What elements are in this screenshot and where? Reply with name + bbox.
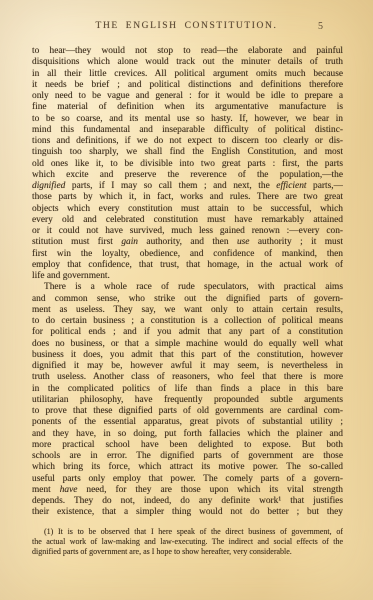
text-line: business it does, you admit that this pa… [32, 350, 343, 361]
text-line: more practical school have been delighte… [32, 440, 343, 451]
text-line: ponents of the essential apparatus, grea… [32, 417, 343, 428]
text-line: dignified it may be, however awful it ma… [32, 361, 343, 372]
text-line: which bring its force, which attract its… [32, 462, 343, 473]
text-line: to do certain business ; a constitution … [32, 316, 343, 327]
text-line: dignified parts of government are, as I … [32, 547, 343, 557]
text-line: depends. They do not, indeed, do any def… [32, 496, 343, 507]
text-line: their existence, that a simpler thing wo… [32, 507, 343, 518]
text-line: ment have need, for they are those upon … [32, 485, 343, 496]
text-line: in the complicated politics of life than… [32, 384, 343, 395]
text-line: to be so coarse, and its mental use so h… [32, 114, 343, 125]
text-line: and common sense, who strike out the dig… [32, 294, 343, 305]
text-line: ment as useless. They say, we want only … [32, 305, 343, 316]
text-line: utilitarian philosophy, have frequently … [32, 395, 343, 406]
body-text: to hear—they would not stop to read—the … [32, 46, 343, 519]
paragraph: (1) It is to be observed that I here spe… [32, 527, 343, 558]
text-line: dignified parts, if I may so call them ;… [32, 181, 343, 192]
text-line: or it could not have survived, much less… [32, 226, 343, 237]
running-head: THE ENGLISH CONSTITUTION. 5 [0, 0, 373, 34]
text-line: only need to be vague and general : for … [32, 91, 343, 102]
paragraph: There is a whole race of rude speculator… [32, 282, 343, 518]
text-line: the actual work of law-making and law-ex… [32, 537, 343, 547]
text-line: mind this fundamental and inseparable di… [32, 125, 343, 136]
text-line: to prove that these dignified parts of o… [32, 406, 343, 417]
text-line: tinguish too sharply, we shall find the … [32, 147, 343, 158]
book-page: THE ENGLISH CONSTITUTION. 5 to hear—they… [0, 0, 373, 600]
text-line: There is a whole race of rude speculator… [32, 282, 343, 293]
text-line: truth useless. Another class of reasoner… [32, 372, 343, 383]
page-number: 5 [318, 21, 323, 32]
text-line: tions and definitions, if we do not expe… [32, 136, 343, 147]
text-line: to hear—they would not stop to read—the … [32, 46, 343, 57]
text-line: which excite and preserve the reverence … [32, 170, 343, 181]
text-line: every old and celebrated constitution mu… [32, 215, 343, 226]
text-line: and they have, in so doing, put forth fa… [32, 429, 343, 440]
paragraph: to hear—they would not stop to read—the … [32, 46, 343, 282]
text-line: schools are in error. The dignified part… [32, 451, 343, 462]
text-line: it needs be brief ; and political distin… [32, 80, 343, 91]
text-line: old ones like it, to be divisible into t… [32, 159, 343, 170]
text-line: does no business, or that a simple machi… [32, 339, 343, 350]
text-line: for political ends ; and if you admit th… [32, 327, 343, 338]
text-line: employ that confidence, that trust, that… [32, 260, 343, 271]
text-line: stitution must first gain authority, and… [32, 237, 343, 248]
text-line: (1) It is to be observed that I here spe… [32, 527, 343, 537]
text-line: useful parts only employ that power. The… [32, 474, 343, 485]
text-line: those parts by which it, in fact, works … [32, 192, 343, 203]
footnote: (1) It is to be observed that I here spe… [32, 527, 343, 558]
text-line: objects which every constitution must at… [32, 204, 343, 215]
text-line: fine material of definition when its arg… [32, 102, 343, 113]
text-line: in all their little crevices. All politi… [32, 69, 343, 80]
text-line: disquisitions which alone would track ou… [32, 57, 343, 68]
text-line: first win the loyalty, obedience, and co… [32, 249, 343, 260]
text-line: life and government. [32, 271, 343, 282]
